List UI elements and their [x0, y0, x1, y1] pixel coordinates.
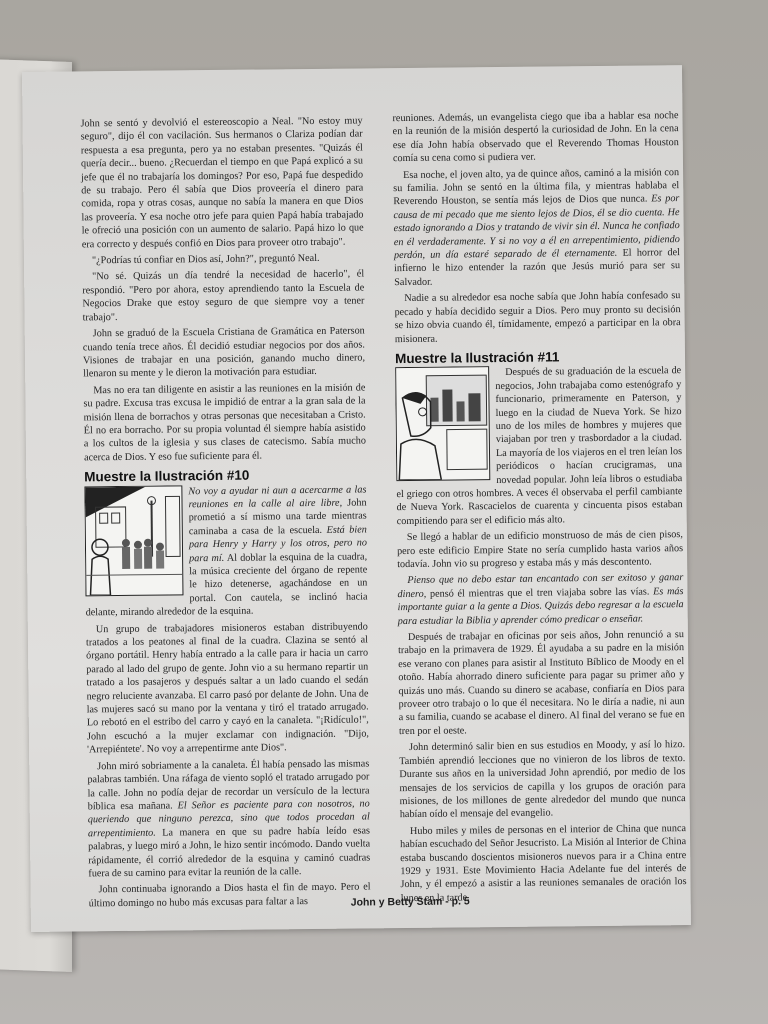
paragraph: Después de trabajar en oficinas por seis…	[398, 628, 685, 738]
paragraph: John determinó salir bien en sus estudio…	[399, 738, 686, 821]
paragraph: "No sé. Quizás un día tendré la necesida…	[82, 268, 365, 325]
illustration-11-block: Después de su graduación de la escuela d…	[395, 364, 683, 531]
page-footer: John y Betty Stam - p. 5	[351, 895, 470, 908]
text: pensó él mientras que el tren viajaba so…	[426, 586, 653, 599]
paragraph: Hubo miles y miles de personas en el int…	[400, 822, 687, 905]
street-meeting-illustration	[84, 485, 183, 596]
paragraph: John miró sobriamente a la canaleta. Él …	[87, 757, 370, 881]
text: Esa noche, el joven alto, ya de quince a…	[393, 167, 679, 208]
paragraph: John se sentó y devolvió el estereoscopi…	[80, 114, 363, 251]
paragraph: Nadie a su alrededor esa noche sabía que…	[394, 289, 681, 346]
paragraph: Un grupo de trabajadores misioneros esta…	[86, 620, 369, 757]
right-column: reuniones. Además, un evangelista ciego …	[392, 109, 686, 908]
illustration-10-block: No voy a ayudar ni aun a acercarme a las…	[84, 483, 367, 623]
book-page: John se sentó y devolvió el estereoscopi…	[22, 65, 691, 932]
paragraph: Esa noche, el joven alto, ya de quince a…	[393, 166, 680, 290]
paragraph: John continuaba ignorando a Dios hasta e…	[89, 881, 371, 911]
illustration-10-heading: Muestre la Ilustración #10	[84, 468, 366, 484]
paragraph: John se graduó de la Escuela Cristiana d…	[83, 325, 366, 382]
left-column: John se sentó y devolvió el estereoscopi…	[80, 114, 370, 913]
illustration-11-heading: Muestre la Ilustración #11	[395, 349, 681, 365]
paragraph: "¿Podrías tú confiar en Dios así, John?"…	[82, 251, 364, 267]
paragraph: reuniones. Además, un evangelista ciego …	[392, 109, 679, 166]
paragraph: Se llegó a hablar de un edificio monstru…	[397, 528, 683, 571]
train-passenger-illustration	[395, 366, 490, 481]
paragraph: Pienso que no debo estar tan encantado c…	[397, 572, 684, 629]
train-window-icon	[396, 367, 489, 480]
paragraph: Mas no era tan diligente en asistir a la…	[83, 381, 366, 464]
street-scene-icon	[85, 486, 182, 595]
